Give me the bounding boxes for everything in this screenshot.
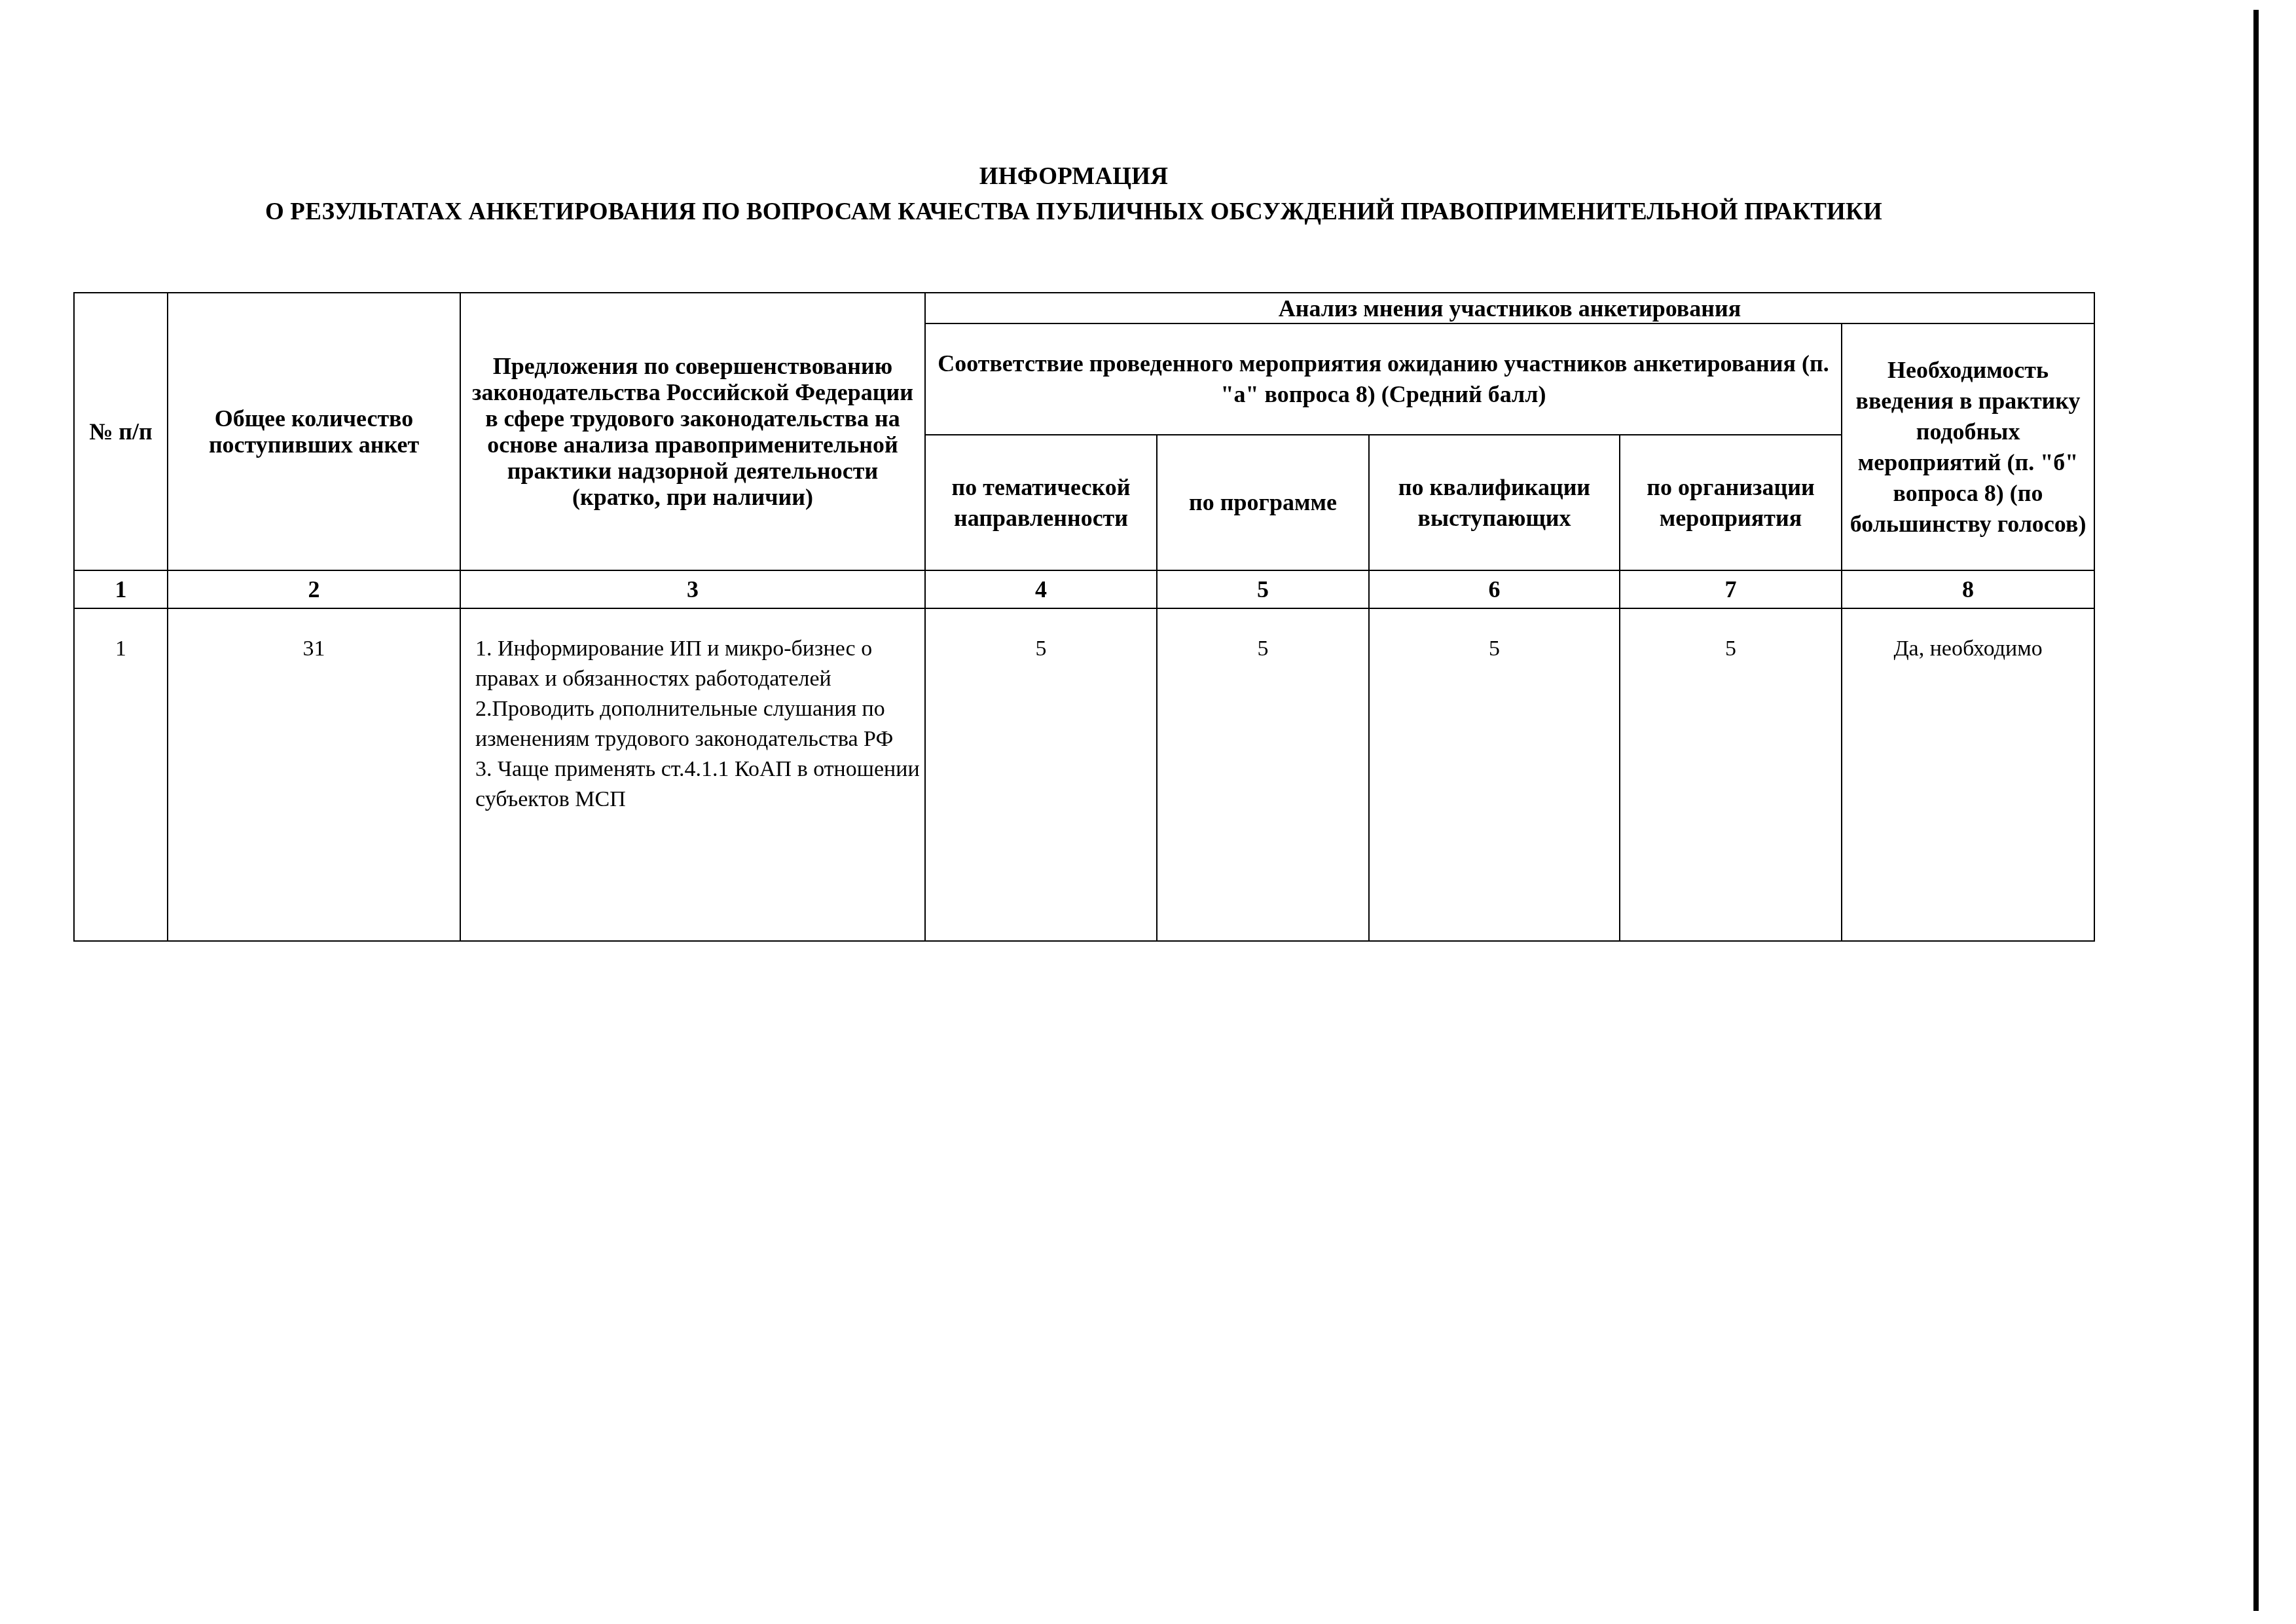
- header-num: № п/п: [74, 293, 168, 570]
- cell-by-program: 5: [1157, 608, 1369, 941]
- header-necessity: Необходимость введения в практику подобн…: [1842, 323, 2094, 570]
- cell-necessity: Да, необходимо: [1842, 608, 2094, 941]
- cell-by-organization: 5: [1620, 608, 1842, 941]
- header-total: Общее количество поступивших анкет: [168, 293, 460, 570]
- header-correspondence: Соответствие проведенного мероприятия ож…: [925, 323, 1842, 435]
- cell-total: 31: [168, 608, 460, 941]
- header-by-program: по программе: [1157, 435, 1369, 570]
- cell-by-theme: 5: [925, 608, 1157, 941]
- cell-num: 1: [74, 608, 168, 941]
- header-by-speakers: по квалификации выступающих: [1369, 435, 1620, 570]
- header-by-organization: по организации мероприятия: [1620, 435, 1842, 570]
- proposal-item: 3. Чаще применять ст.4.1.1 КоАП в отноше…: [475, 754, 920, 815]
- document-subtitle: О РЕЗУЛЬТАТАХ АНКЕТИРОВАНИЯ ПО ВОПРОСАМ …: [0, 198, 2147, 226]
- column-number: 5: [1157, 570, 1369, 608]
- table-row: 1 31 1. Информирование ИП и микро-бизнес…: [74, 608, 2094, 941]
- column-number: 8: [1842, 570, 2094, 608]
- proposal-item: 2.Проводить дополнительные слушания по и…: [475, 694, 920, 754]
- column-number: 3: [460, 570, 925, 608]
- column-number: 4: [925, 570, 1157, 608]
- header-by-theme: по тематической направленности: [925, 435, 1157, 570]
- survey-results-table: № п/п Общее количество поступивших анкет…: [73, 292, 2095, 942]
- cell-by-speakers: 5: [1369, 608, 1620, 941]
- column-number: 1: [74, 570, 168, 608]
- column-number: 6: [1369, 570, 1620, 608]
- header-proposals: Предложения по совершенствованию законод…: [460, 293, 925, 570]
- header-analysis: Анализ мнения участников анкетирования: [925, 293, 2094, 323]
- cell-proposals: 1. Информирование ИП и микро-бизнес о пр…: [460, 608, 925, 941]
- column-number: 7: [1620, 570, 1842, 608]
- proposal-item: 1. Информирование ИП и микро-бизнес о пр…: [475, 634, 920, 694]
- column-number-row: 1 2 3 4 5 6 7 8: [74, 570, 2094, 608]
- column-number: 2: [168, 570, 460, 608]
- scan-edge-bar: [2253, 10, 2259, 1611]
- document-title: ИНФОРМАЦИЯ: [0, 162, 2147, 191]
